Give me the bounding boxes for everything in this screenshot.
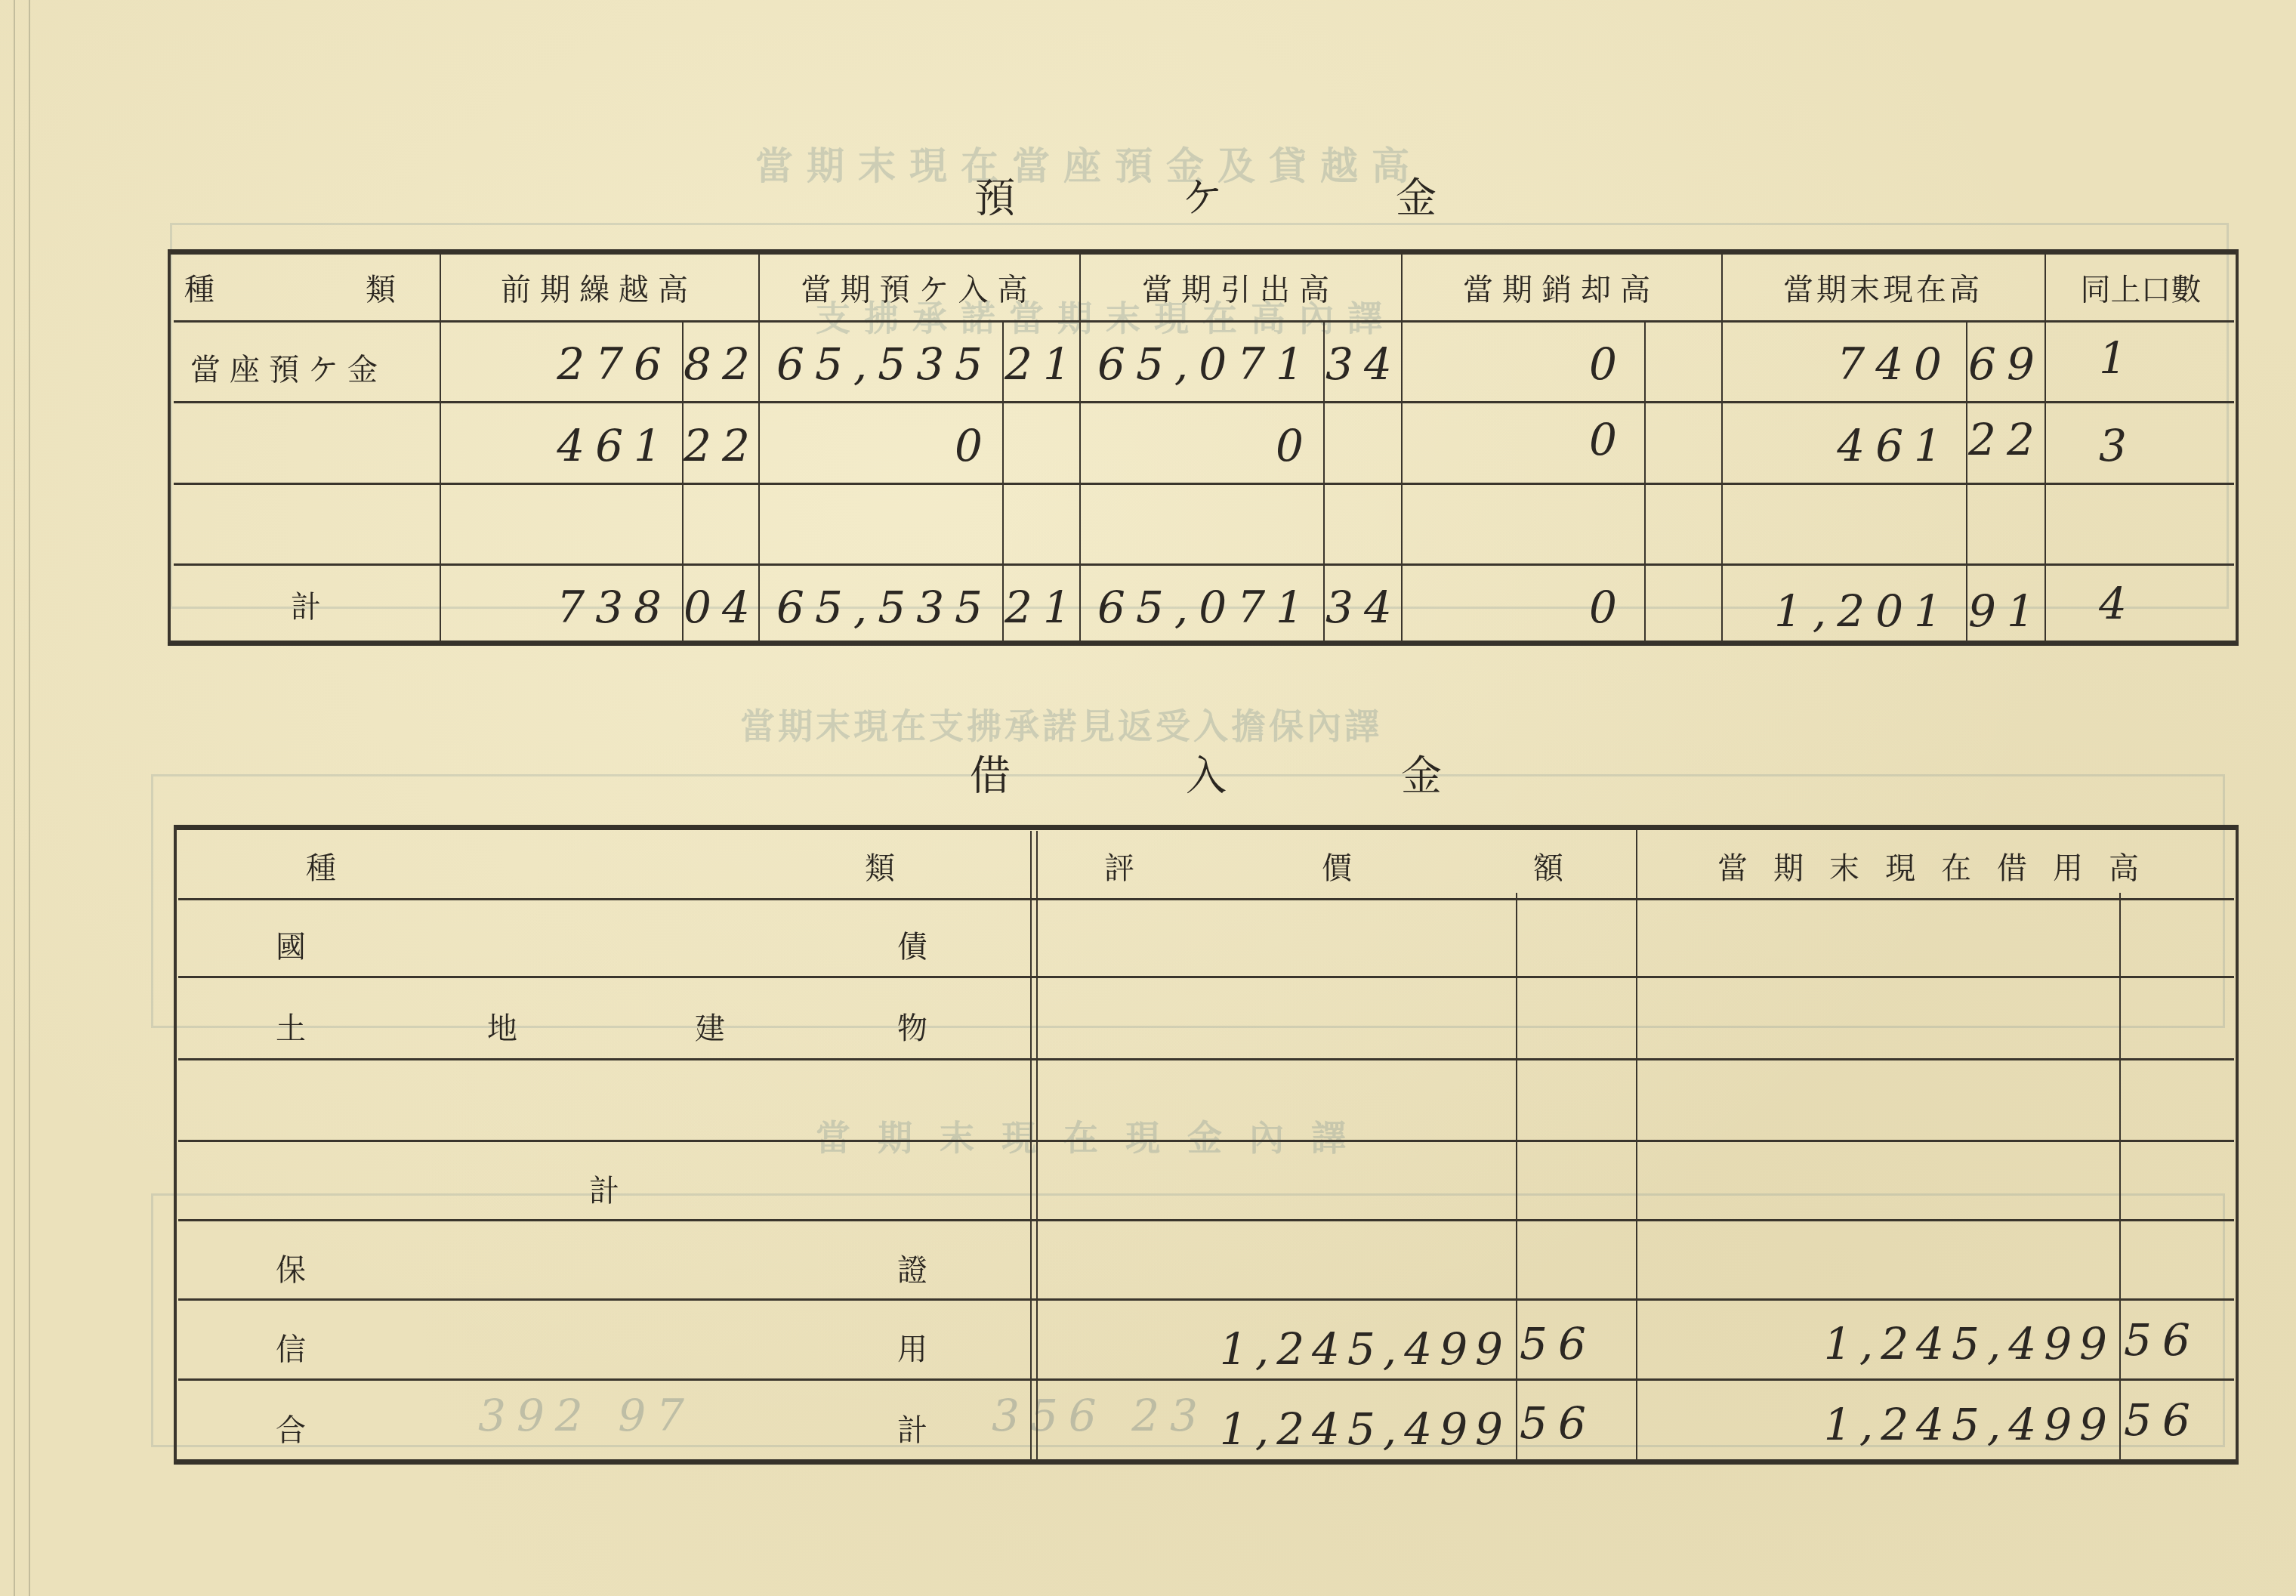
deposits-title-char: 預 [974,166,1015,224]
cents-divider [1966,322,1967,642]
ending-total-yen: 1,245,499 [1782,1399,2115,1450]
amount-sen: 21 [1004,338,1072,390]
header-withdrawn: 當期引出高 [1079,266,1401,309]
header-valuation-char: 價 [1322,844,1352,888]
row-divider [174,401,2234,403]
valuation-sen: 56 [1520,1318,1603,1369]
row-divider [178,1140,2234,1142]
row-label-char: 證 [897,1246,927,1289]
amount-yen: 276 [446,338,672,390]
table-right-border [2236,827,2239,1462]
total-yen: 1,201 [1726,585,1952,637]
row-divider [178,1298,2234,1301]
amount-sen: 69 [1968,338,2040,390]
header-accounts: 同上口數 [2044,266,2237,309]
table-bottom-border [174,1459,2239,1465]
borrowings-title-char: 入 [1186,744,1227,802]
table-top-border [168,249,2239,255]
total-yen: 738 [446,582,672,633]
amount-yen: 0 [763,420,993,471]
row-label-char: 國 [276,923,306,966]
total-yen: 65,071 [1084,582,1314,633]
account-count: 3 [2047,420,2137,471]
header-deposited: 當期預ケ入高 [758,266,1079,309]
amount-sen: 34 [1325,338,1393,390]
header-ending-balance: 當期末現在高 [1721,266,2044,309]
row-label-char: 計 [897,1406,927,1449]
bleed-through-subtitle: 當期末現在現金內譯 [816,1110,1373,1160]
header-valuation-char: 評 [1104,844,1134,888]
amount-yen: 65,071 [1084,338,1314,390]
column-divider [440,254,441,642]
total-yen: 0 [1405,582,1628,633]
row-divider [178,898,2234,900]
total-yen: 65,535 [763,582,993,633]
amount-yen: 0 [1405,414,1628,465]
row-divider [178,976,2234,978]
subtotal-label: 計 [589,1167,619,1210]
bleed-through-table [151,774,2225,1028]
cents-divider [1002,322,1004,642]
column-divider [1636,829,1637,1461]
total-account-count: 4 [2047,578,2137,629]
total-label: 計 [291,583,321,626]
amount-sen: 82 [684,338,751,390]
total-sen: 91 [1968,585,2040,637]
table-left-border [168,251,171,642]
header-type: 種 類 [171,266,440,309]
row-label-char: 合 [276,1406,306,1449]
column-double-divider [1036,831,1038,1461]
header-ending-borrowed: 當期末現在借用高 [1654,844,2228,888]
row-label-char: 用 [897,1326,927,1369]
cents-divider [1644,322,1646,642]
table-top-border [174,825,2239,830]
row-label-char: 信 [276,1326,306,1369]
amount-sen: 22 [1968,414,2040,465]
amount-yen: 461 [446,420,672,471]
header-written-off: 當期銷却高 [1401,266,1721,309]
bleed-through-number: 392 97 [468,1390,695,1441]
amount-yen: 461 [1726,420,1952,471]
amount-yen: 740 [1726,338,1952,390]
row-label-char: 土 [276,1005,306,1048]
page-edge-line [14,0,15,1596]
row-divider [178,1378,2234,1381]
row-label-char: 建 [695,1005,725,1048]
amount-yen: 65,535 [763,338,993,390]
valuation-total-yen: 1,245,499 [1178,1403,1511,1455]
row-divider [178,1219,2234,1221]
row-label-char: 地 [487,1005,517,1048]
cents-divider [1323,322,1325,642]
header-type-left: 種 [306,844,336,888]
deposits-title-char: 金 [1396,166,1437,224]
row-divider [174,483,2234,485]
header-type-right: 類 [865,844,895,888]
header-valuation-char: 額 [1533,844,1563,888]
ending-total-sen: 56 [2124,1394,2214,1446]
row-divider [178,1058,2234,1060]
amount-yen: 0 [1084,420,1314,471]
table-left-border [174,827,177,1462]
table-bottom-border [168,641,2239,646]
bleed-through-subtitle: 當期末現在支拂承諾見返受入擔保內譯 [740,699,1382,749]
row-type: 當座預ケ金 [190,346,387,389]
valuation-yen: 1,245,499 [1178,1323,1511,1375]
column-divider [1721,254,1723,642]
row-label-char: 保 [276,1246,306,1289]
bleed-through-number: 356 23 [967,1390,1208,1441]
column-double-divider [1030,831,1032,1461]
total-sen: 04 [684,582,751,633]
borrowings-title-char: 借 [970,744,1011,802]
ending-yen: 1,245,499 [1782,1318,2115,1369]
account-count: 1 [2047,332,2137,384]
bleed-through-title: 當期末現在當座預金及貸越高 [755,136,1423,190]
deposits-title-char: ケ [1182,166,1223,224]
row-divider [174,320,2234,323]
ending-sen: 56 [2124,1314,2214,1366]
row-label-char: 物 [897,1005,927,1048]
borrowings-title-char: 金 [1401,744,1442,802]
amount-yen: 0 [1405,338,1628,390]
row-label-char: 債 [897,923,927,966]
table-right-border [2236,251,2239,642]
header-prev-carryover: 前期繰越高 [440,266,758,309]
valuation-total-sen: 56 [1520,1397,1603,1449]
total-sen: 21 [1004,582,1072,633]
total-sen: 34 [1325,582,1393,633]
amount-sen: 22 [684,420,751,471]
page-edge-line [29,0,30,1596]
row-divider [174,563,2234,566]
